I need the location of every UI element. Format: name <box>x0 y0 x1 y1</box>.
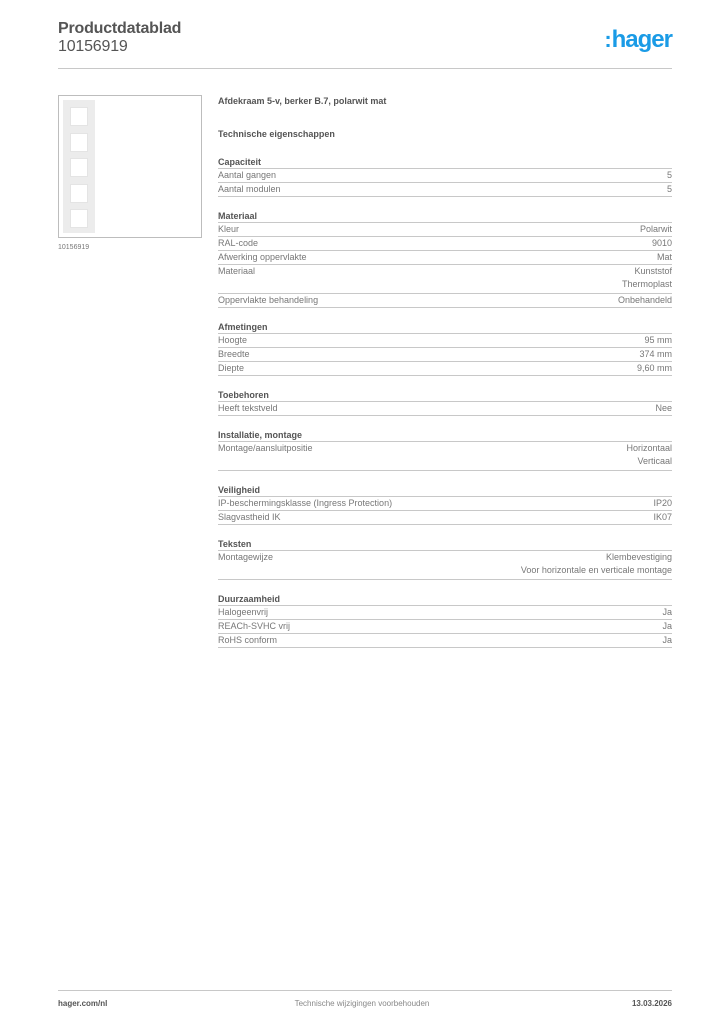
cover-frame-icon <box>63 100 95 233</box>
product-number: 10156919 <box>58 38 128 56</box>
frame-slot <box>70 107 88 126</box>
frame-slot <box>70 158 88 177</box>
footer-date: 13.03.2026 <box>632 999 672 1008</box>
frame-slot <box>70 133 88 152</box>
spec-value: 5 <box>667 169 672 182</box>
spec-section: TekstenMontagewijzeKlembevestigingVoor h… <box>218 538 672 580</box>
spec-value-line: Ja <box>662 606 672 619</box>
spec-value: Nee <box>655 402 672 415</box>
spec-content: Afdekraam 5-v, berker B.7, polarwit mat … <box>218 95 672 648</box>
spec-label: RoHS conform <box>218 634 662 647</box>
spec-value: 374 mm <box>639 348 672 361</box>
spec-label: REACh-SVHC vrij <box>218 620 662 633</box>
logo-colon-icon: : <box>604 27 610 52</box>
spec-value: 5 <box>667 183 672 196</box>
spec-label: Heeft tekstveld <box>218 402 655 415</box>
spec-label: Diepte <box>218 362 637 375</box>
spec-value: Ja <box>662 620 672 633</box>
spec-sections: CapaciteitAantal gangen5Aantal modulen5M… <box>218 156 672 648</box>
spec-label: Slagvastheid IK <box>218 511 653 524</box>
spec-row: Diepte9,60 mm <box>218 362 672 376</box>
spec-value-line: Onbehandeld <box>618 294 672 307</box>
product-image-caption: 10156919 <box>58 244 89 251</box>
spec-row: Afwerking oppervlakteMat <box>218 251 672 265</box>
spec-label: Montage/aansluitpositie <box>218 442 626 455</box>
spec-section: MateriaalKleurPolarwitRAL-code9010Afwerk… <box>218 210 672 308</box>
spec-value: 95 mm <box>644 334 672 347</box>
spec-row: Heeft tekstveldNee <box>218 402 672 416</box>
spec-value-line: Polarwit <box>640 223 672 236</box>
spec-value-line: 5 <box>667 183 672 196</box>
spec-value-line: Thermoplast <box>622 278 672 291</box>
footer-divider <box>58 990 672 991</box>
spec-value: Ja <box>662 634 672 647</box>
spec-value-line: Mat <box>657 251 672 264</box>
spec-row: Slagvastheid IKIK07 <box>218 511 672 525</box>
spec-value-line: Ja <box>662 620 672 633</box>
spec-row: REACh-SVHC vrijJa <box>218 620 672 634</box>
spec-label: Aantal modulen <box>218 183 667 196</box>
product-image <box>58 95 202 238</box>
spec-value-line: Kunststof <box>622 265 672 278</box>
spec-row: RoHS conformJa <box>218 634 672 648</box>
hager-logo: :hager <box>604 26 672 54</box>
spec-label: Breedte <box>218 348 639 361</box>
spec-value: Onbehandeld <box>618 294 672 307</box>
footer-disclaimer: Technische wijzigingen voorbehouden <box>0 999 724 1008</box>
section-title: Veiligheid <box>218 484 672 497</box>
frame-slot <box>70 184 88 203</box>
spec-label: Aantal gangen <box>218 169 667 182</box>
spec-section: ToebehorenHeeft tekstveldNee <box>218 389 672 416</box>
spec-row: Breedte374 mm <box>218 348 672 362</box>
section-title: Afmetingen <box>218 321 672 334</box>
spec-value: 9010 <box>652 237 672 250</box>
product-name: Afdekraam 5-v, berker B.7, polarwit mat <box>218 95 672 107</box>
spec-row: KleurPolarwit <box>218 223 672 237</box>
spec-row: RAL-code9010 <box>218 237 672 251</box>
spec-section: DuurzaamheidHalogeenvrijJaREACh-SVHC vri… <box>218 593 672 648</box>
spec-value-line: 374 mm <box>639 348 672 361</box>
spec-label: Halogeenvrij <box>218 606 662 619</box>
spec-row: HalogeenvrijJa <box>218 606 672 620</box>
spec-value: KlembevestigingVoor horizontale en verti… <box>521 551 672 577</box>
spec-label: Materiaal <box>218 265 622 278</box>
spec-value-line: 9010 <box>652 237 672 250</box>
spec-label: Hoogte <box>218 334 644 347</box>
logo-text: hager <box>612 26 672 53</box>
spec-value-line: 95 mm <box>644 334 672 347</box>
section-title: Capaciteit <box>218 156 672 169</box>
section-title: Materiaal <box>218 210 672 223</box>
spec-label: Oppervlakte behandeling <box>218 294 618 307</box>
spec-label: RAL-code <box>218 237 652 250</box>
spec-row: Aantal modulen5 <box>218 183 672 197</box>
spec-value-line: 5 <box>667 169 672 182</box>
spec-row: IP-beschermingsklasse (Ingress Protectio… <box>218 497 672 511</box>
spec-value-line: Voor horizontale en verticale montage <box>521 564 672 577</box>
spec-value: Ja <box>662 606 672 619</box>
spec-row: Hoogte95 mm <box>218 334 672 348</box>
spec-label: Afwerking oppervlakte <box>218 251 657 264</box>
spec-value: HorizontaalVerticaal <box>626 442 672 468</box>
spec-value-line: Klembevestiging <box>521 551 672 564</box>
section-title: Teksten <box>218 538 672 551</box>
spec-value: Mat <box>657 251 672 264</box>
spec-value: IP20 <box>653 497 672 510</box>
spec-value: 9,60 mm <box>637 362 672 375</box>
frame-slot <box>70 209 88 228</box>
spec-section: VeiligheidIP-beschermingsklasse (Ingress… <box>218 484 672 525</box>
spec-row: MateriaalKunststofThermoplast <box>218 265 672 294</box>
spec-section: CapaciteitAantal gangen5Aantal modulen5 <box>218 156 672 197</box>
page-title: Productdatablad <box>58 20 181 38</box>
section-title: Toebehoren <box>218 389 672 402</box>
spec-value-line: IP20 <box>653 497 672 510</box>
spec-label: Montagewijze <box>218 551 521 564</box>
header-divider <box>58 68 672 69</box>
spec-value-line: 9,60 mm <box>637 362 672 375</box>
spec-value-line: Ja <box>662 634 672 647</box>
section-title: Installatie, montage <box>218 429 672 442</box>
section-title: Duurzaamheid <box>218 593 672 606</box>
spec-value-line: IK07 <box>653 511 672 524</box>
spec-section: AfmetingenHoogte95 mmBreedte374 mmDiepte… <box>218 321 672 376</box>
spec-value-line: Horizontaal <box>626 442 672 455</box>
spec-row: Oppervlakte behandelingOnbehandeld <box>218 294 672 308</box>
technical-properties-title: Technische eigenschappen <box>218 128 672 140</box>
spec-row: Montage/aansluitpositieHorizontaalVertic… <box>218 442 672 471</box>
spec-value: IK07 <box>653 511 672 524</box>
spec-value-line: Nee <box>655 402 672 415</box>
spec-value: Polarwit <box>640 223 672 236</box>
spec-row: Aantal gangen5 <box>218 169 672 183</box>
spec-label: IP-beschermingsklasse (Ingress Protectio… <box>218 497 653 510</box>
spec-value-line: Verticaal <box>626 455 672 468</box>
spec-label: Kleur <box>218 223 640 236</box>
spec-row: MontagewijzeKlembevestigingVoor horizont… <box>218 551 672 580</box>
spec-section: Installatie, montageMontage/aansluitposi… <box>218 429 672 471</box>
spec-value: KunststofThermoplast <box>622 265 672 291</box>
